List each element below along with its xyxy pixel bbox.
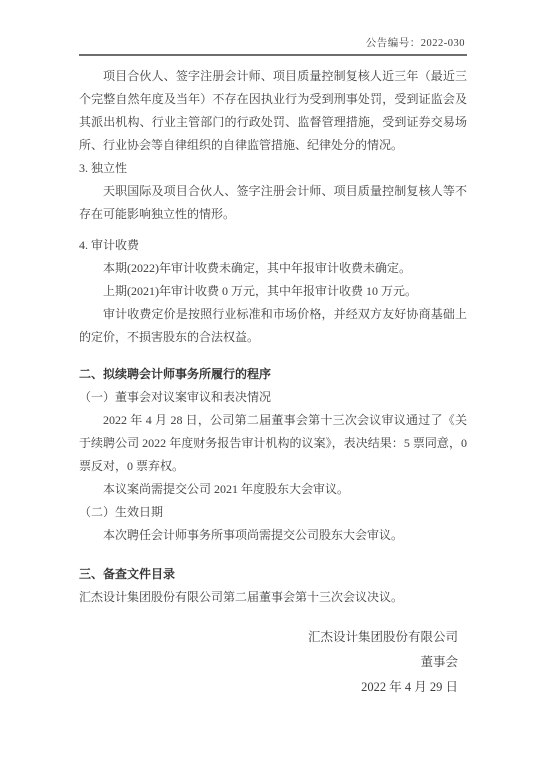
header-divider: [79, 54, 467, 56]
announcement-number: 公告编号：2022-030: [366, 38, 465, 49]
paragraph-effective-date: 本次聘任会计师事务所事项尚需提交公司股东大会审议。: [79, 524, 467, 547]
paragraph-current-period-fees: 本期(2022)年审计收费未确定，其中年报审计收费未确定。: [79, 257, 467, 280]
paragraph-prior-period-fees: 上期(2021)年审计收费 0 万元，其中年报审计收费 10 万元。: [79, 280, 467, 303]
paragraph-reference-document-list: 汇杰设计集团股份有限公司第二届董事会第十三次会议决议。: [79, 586, 467, 609]
heading-audit-fees: 4. 审计收费: [79, 234, 467, 257]
signature-board-of-directors: 董事会: [79, 650, 458, 675]
document-body: 项目合伙人、签字注册会计师、项目质量控制复核人近三年（最近三个完整自然年度及当年…: [79, 65, 467, 609]
signature-block: 汇杰设计集团股份有限公司 董事会 2022 年 4 月 29 日: [79, 625, 458, 700]
signature-company-name: 汇杰设计集团股份有限公司: [79, 625, 458, 650]
paragraph-submit-to-agm: 本议案尚需提交公司 2021 年度股东大会审议。: [79, 478, 467, 501]
section-heading-procedures: 二、拟续聘会计师事务所履行的程序: [79, 363, 467, 386]
subheading-effective-date: （二）生效日期: [79, 501, 467, 524]
announcement-header: 公告编号：2022-030: [0, 0, 545, 50]
paragraph-partner-compliance: 项目合伙人、签字注册会计师、项目质量控制复核人近三年（最近三个完整自然年度及当年…: [79, 65, 467, 157]
section-heading-reference-documents: 三、备查文件目录: [79, 563, 467, 586]
paragraph-fee-pricing: 审计收费定价是按照行业标准和市场价格，并经双方友好协商基础上的定价，不损害股东的…: [79, 303, 467, 349]
paragraph-independence: 天职国际及项目合伙人、签字注册会计师、项目质量控制复核人等不存在可能影响独立性的…: [79, 180, 467, 226]
signature-date: 2022 年 4 月 29 日: [79, 675, 458, 700]
subheading-board-review: （一）董事会对议案审议和表决情况: [79, 386, 467, 409]
heading-independence: 3. 独立性: [79, 157, 467, 180]
announcement-document-page: 公告编号：2022-030 项目合伙人、签字注册会计师、项目质量控制复核人近三年…: [0, 0, 545, 771]
paragraph-board-meeting-resolution: 2022 年 4 月 28 日，公司第二届董事会第十三次会议审议通过了《关于续聘…: [79, 409, 467, 478]
